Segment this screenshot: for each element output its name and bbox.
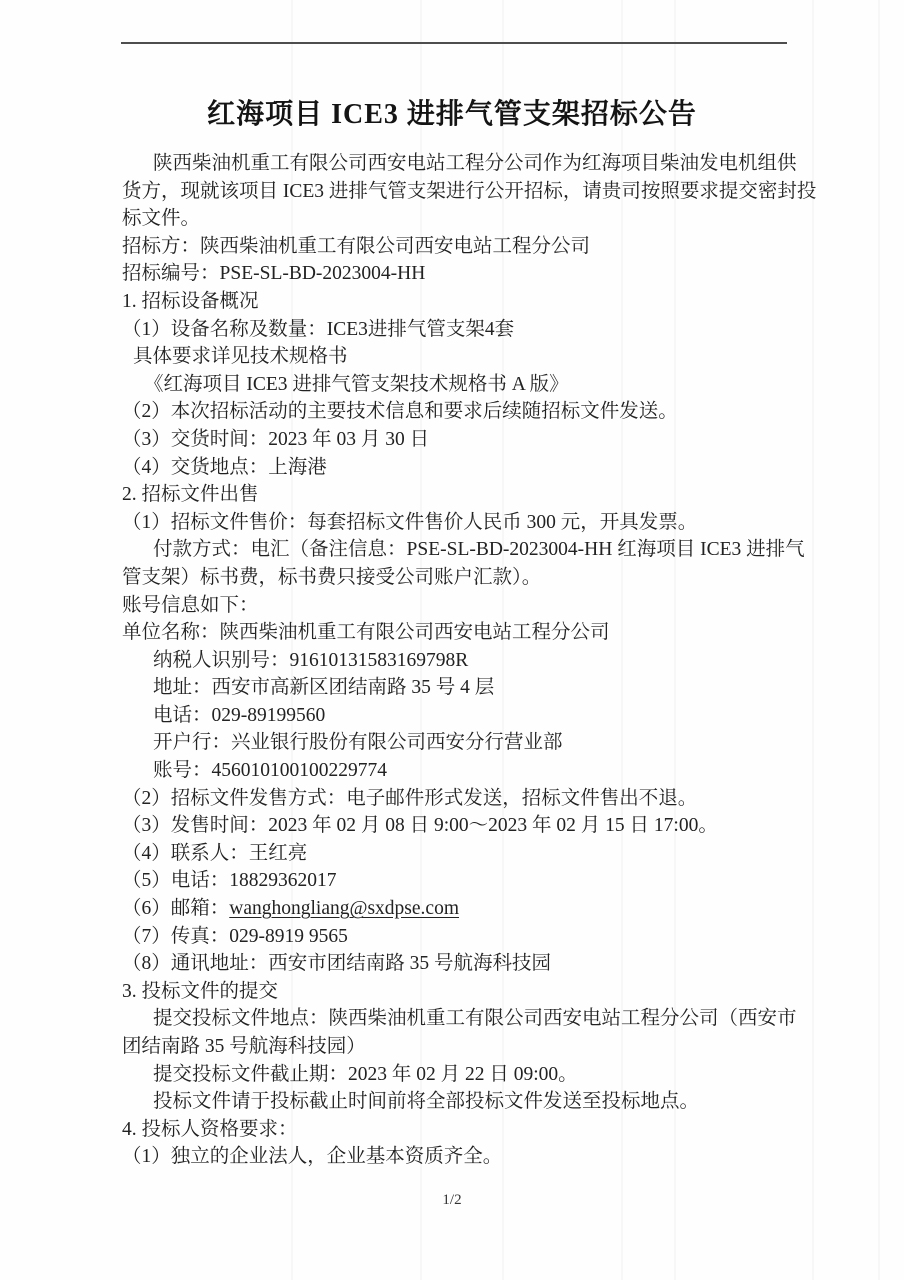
document-line: 账号：456010100100229774 — [122, 757, 822, 785]
document-line: （3）发售时间：2023 年 02 月 08 日 9:00～2023 年 02 … — [122, 812, 822, 840]
document-line: 管支架）标书费，标书费只接受公司账户汇款）。 — [122, 564, 822, 592]
scan-streak — [878, 0, 880, 1280]
document-line: （4）联系人：王红亮 — [122, 840, 822, 868]
document-line: 3. 投标文件的提交 — [122, 978, 822, 1006]
document-line: 开户行：兴业银行股份有限公司西安分行营业部 — [122, 729, 822, 757]
document-line: 电话：029-89199560 — [122, 702, 822, 730]
email-text: wanghongliang@sxdpse.com — [229, 898, 459, 919]
document-page: 红海项目 ICE3 进排气管支架招标公告 陕西柴油机重工有限公司西安电站工程分公… — [0, 0, 904, 1280]
document-line: 地址：西安市高新区团结南路 35 号 4 层 — [122, 674, 822, 702]
page-number: 1/2 — [0, 1192, 904, 1209]
document-line: （1）独立的企业法人，企业基本资质齐全。 — [122, 1143, 822, 1171]
document-line: 投标文件请于投标截止时间前将全部投标文件发送至投标地点。 — [122, 1088, 822, 1116]
document-line: 标文件。 — [122, 205, 822, 233]
document-line: 付款方式：电汇（备注信息：PSE-SL-BD-2023004-HH 红海项目 I… — [122, 536, 822, 564]
document-line: （3）交货时间：2023 年 03 月 30 日 — [122, 426, 822, 454]
line-text: （6）邮箱： — [122, 898, 229, 919]
document-line: （2）本次招标活动的主要技术信息和要求后续随招标文件发送。 — [122, 398, 822, 426]
document-line: 货方，现就该项目 ICE3 进排气管支架进行公开招标，请贵司按照要求提交密封投 — [122, 178, 822, 206]
document-line: 招标编号：PSE-SL-BD-2023004-HH — [122, 260, 822, 288]
document-line: 2. 招标文件出售 — [122, 481, 822, 509]
header-rule — [121, 42, 787, 44]
document-line: （7）传真：029-8919 9565 — [122, 923, 822, 951]
document-line: （1）设备名称及数量：ICE3进排气管支架4套 — [122, 316, 822, 344]
document-body: 陕西柴油机重工有限公司西安电站工程分公司作为红海项目柴油发电机组供货方，现就该项… — [122, 150, 822, 1171]
document-line: 《红海项目 ICE3 进排气管支架技术规格书 A 版》 — [122, 371, 822, 399]
document-line: 单位名称：陕西柴油机重工有限公司西安电站工程分公司 — [122, 619, 822, 647]
document-line: （4）交货地点：上海港 — [122, 454, 822, 482]
document-line: 团结南路 35 号航海科技园） — [122, 1033, 822, 1061]
document-title: 红海项目 ICE3 进排气管支架招标公告 — [0, 92, 904, 132]
document-line: 纳税人识别号：91610131583169798R — [122, 647, 822, 675]
document-line: 陕西柴油机重工有限公司西安电站工程分公司作为红海项目柴油发电机组供 — [122, 150, 822, 178]
document-line: 招标方：陕西柴油机重工有限公司西安电站工程分公司 — [122, 233, 822, 261]
document-line: （2）招标文件发售方式：电子邮件形式发送，招标文件售出不退。 — [122, 785, 822, 813]
document-line: （8）通讯地址：西安市团结南路 35 号航海科技园 — [122, 950, 822, 978]
document-line: 1. 招标设备概况 — [122, 288, 822, 316]
document-line: 账号信息如下： — [122, 592, 822, 620]
document-line: （6）邮箱：wanghongliang@sxdpse.com — [122, 895, 822, 923]
document-line: 4. 投标人资格要求： — [122, 1116, 822, 1144]
document-line: （1）招标文件售价：每套招标文件售价人民币 300 元，开具发票。 — [122, 509, 822, 537]
document-line: 具体要求详见技术规格书 — [122, 343, 822, 371]
document-line: 提交投标文件截止期：2023 年 02 月 22 日 09:00。 — [122, 1061, 822, 1089]
document-line: 提交投标文件地点：陕西柴油机重工有限公司西安电站工程分公司（西安市 — [122, 1005, 822, 1033]
document-line: （5）电话：18829362017 — [122, 867, 822, 895]
